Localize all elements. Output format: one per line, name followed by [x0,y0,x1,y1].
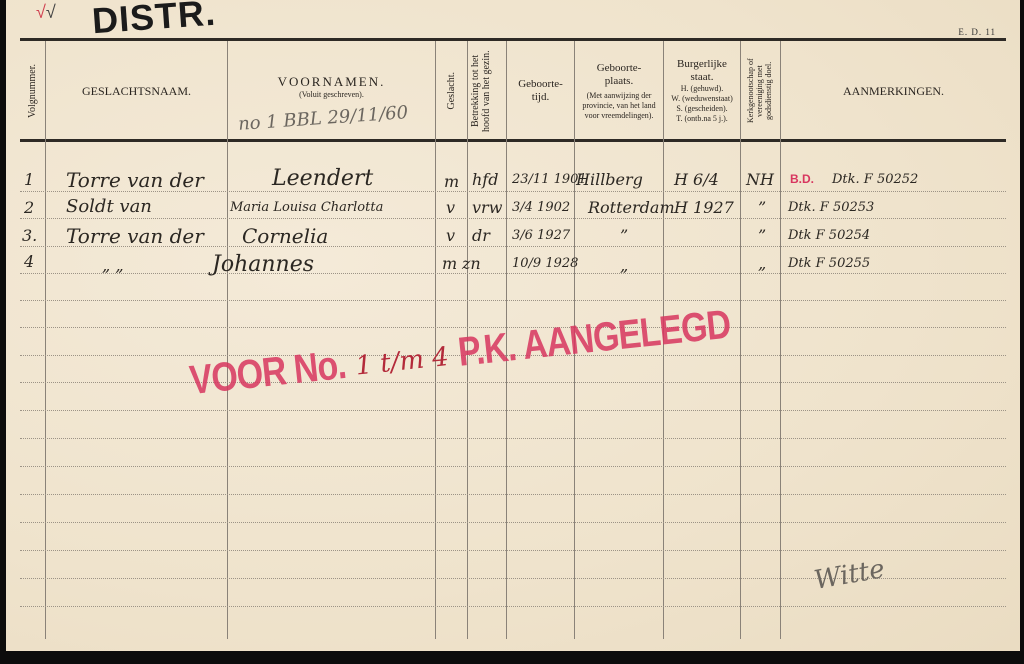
remark: Dtk. F 50253 [788,200,874,215]
remark: Dtk. F 50252 [832,172,918,187]
row-number: 2 [24,198,34,217]
ruled-line [20,410,1006,411]
ruled-line [20,494,1006,495]
header-betrekking: Betrekking tot het hoofd van het gezin. [468,44,506,138]
check-marks: √√ [36,2,56,23]
church: ” [758,198,766,217]
ruled-line [20,522,1006,523]
header-geboorteplaats: Geboorte-plaats. (Met aanwijzing der pro… [575,44,663,138]
relation: hfd [472,170,498,189]
birth-date: 10/9 1928 [512,256,578,271]
sex: m [442,254,457,273]
church: NH [746,170,774,189]
church: ” [758,226,766,245]
given-names: Maria Louisa Charlotta [230,200,383,215]
registration-card: √√ DISTR. E. D. 11 Volgnummer. GESLACHTS… [6,0,1020,651]
church: „ [758,254,766,273]
civil-status: H 1927 [674,198,734,217]
surname: Torre van der [66,224,204,248]
header-geslachtsnaam: GESLACHTSNAAM. [46,44,227,138]
birth-place: ” [620,226,628,245]
row-number: 3. [22,226,37,245]
form-code: E. D. 11 [958,27,996,37]
ruled-line [20,606,1006,607]
given-names: Cornelia [242,224,328,248]
surname: Torre van der [66,168,204,192]
surname: Soldt van [66,196,152,217]
relation: dr [472,226,490,245]
bd-stamp: B.D. [790,172,814,186]
sex: v [446,226,455,245]
row-number: 1 [24,170,34,189]
header-aanmerkingen: AANMERKINGEN. [781,44,1006,138]
ruled-line [20,438,1006,439]
ruled-line [20,550,1006,551]
birth-date: 3/6 1927 [512,228,570,243]
surname: „ „ [102,256,124,275]
pk-stamp: VOOR No. 1 t/m 4 P.K. AANGELEGD [188,305,732,401]
ruled-line [20,273,1006,274]
relation: vrw [472,198,502,217]
civil-status: H 6/4 [674,170,719,189]
birth-place: „ [620,256,628,275]
top-rule [20,38,1006,41]
ruled-line [20,382,1006,383]
ruled-line [20,300,1006,301]
ruled-line [20,218,1006,219]
remark: Dtk F 50254 [788,228,870,243]
birth-date: 3/4 1902 [512,200,570,215]
header-volgnummer: Volgnummer. [20,44,45,138]
signature: Witte [812,554,887,596]
relation: zn [462,254,481,273]
sex: v [446,198,455,217]
header-geboortetijd: Geboorte-tijd. [507,44,574,138]
birth-place: Rotterdam [588,198,675,217]
distr-stamp: DISTR. [91,0,218,42]
header-rule [20,139,1006,142]
header-geslacht: Geslacht. [436,44,467,138]
row-number: 4 [24,252,34,271]
header-burgerlijke-staat: Burgerlijke staat. H. (gehuwd). W. (wedu… [664,44,740,138]
remark: Dtk F 50255 [788,256,870,271]
given-names: Johannes [212,252,314,277]
given-names: Leendert [272,166,373,191]
sex: m [444,172,459,191]
ruled-line [20,466,1006,467]
birth-place: Hillberg [576,170,643,189]
header-kerkgenootschap: Kerkgenootschap of vereeniging met godsd… [741,44,780,138]
